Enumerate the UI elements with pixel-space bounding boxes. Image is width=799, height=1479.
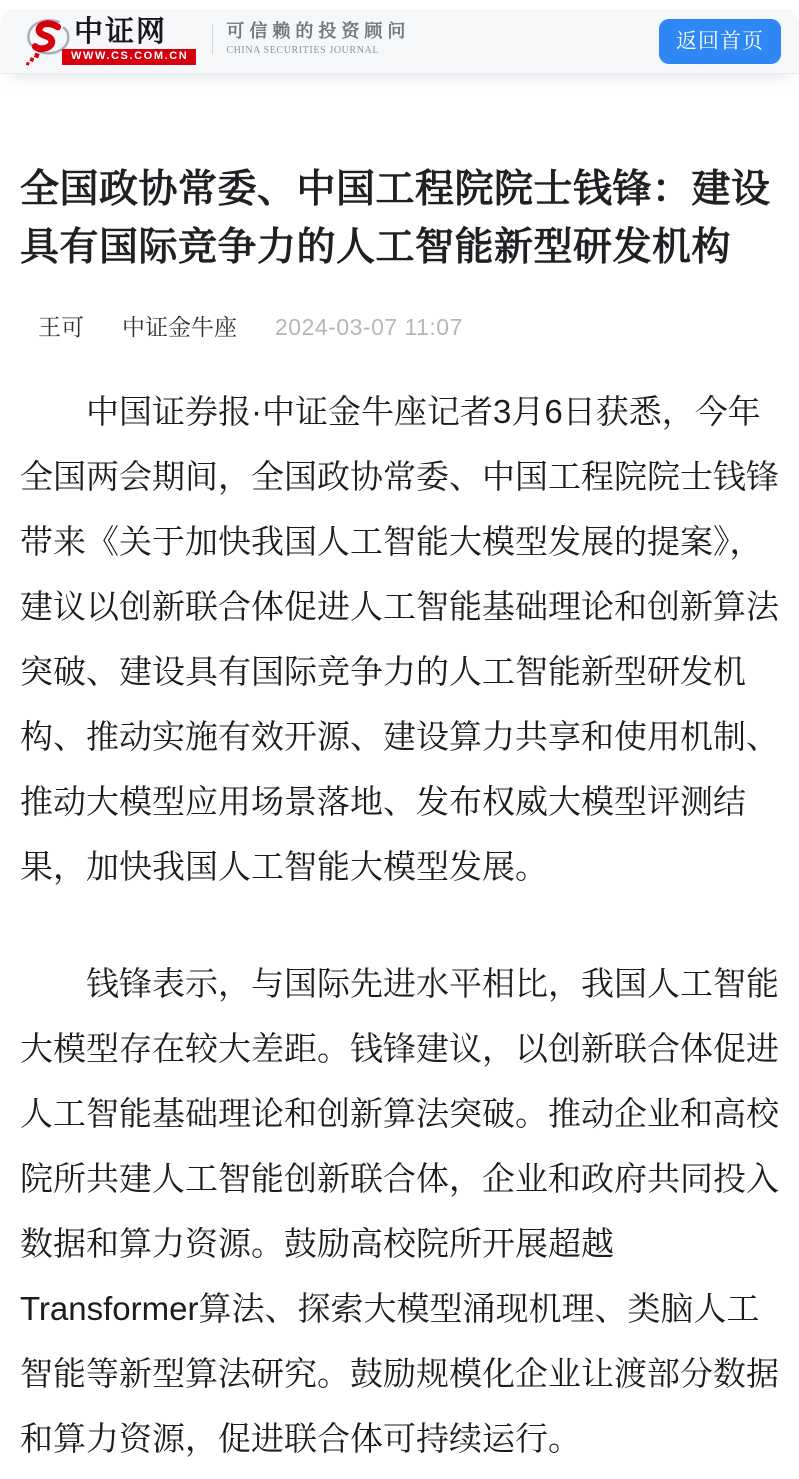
article-paragraph-1: 中国证券报·中证金牛座记者3月6日获悉，今年全国两会期间，全国政协常委、中国工程…: [20, 379, 779, 899]
article-paragraph-2: 钱锋表示，与国际先进水平相比，我国人工智能大模型存在较大差距。钱锋建议，以创新联…: [20, 951, 779, 1471]
tagline-cn: 可信赖的投资顾问: [226, 22, 410, 42]
article-source: 中证金牛座: [122, 309, 237, 342]
article-title: 全国政协常委、中国工程院院士钱锋：建设具有国际竞争力的人工智能新型研发机构: [20, 161, 779, 277]
logo-text-block: 中证网 WWW.CS.COM.CN: [74, 17, 196, 65]
article: 全国政协常委、中国工程院院士钱锋：建设具有国际竞争力的人工智能新型研发机构 王可…: [0, 161, 799, 1471]
site-logo[interactable]: 中证网 WWW.CS.COM.CN: [24, 15, 196, 67]
article-author: 王可: [38, 309, 84, 342]
site-header: 中证网 WWW.CS.COM.CN 可信赖的投资顾问 CHINA SECURIT…: [0, 9, 799, 74]
back-home-button[interactable]: 返回首页: [659, 19, 781, 64]
page: 中证网 WWW.CS.COM.CN 可信赖的投资顾问 CHINA SECURIT…: [0, 0, 799, 1479]
article-byline: 王可 中证金牛座 2024-03-07 11:07: [38, 309, 779, 342]
site-url-banner: WWW.CS.COM.CN: [62, 49, 196, 65]
article-publish-time: 2024-03-07 11:07: [275, 314, 463, 341]
tagline-en: CHINA SECURITIES JOURNAL: [226, 45, 410, 56]
site-tagline: 可信赖的投资顾问 CHINA SECURITIES JOURNAL: [226, 22, 410, 56]
site-name: 中证网: [74, 17, 167, 47]
logo-divider: [212, 24, 213, 54]
